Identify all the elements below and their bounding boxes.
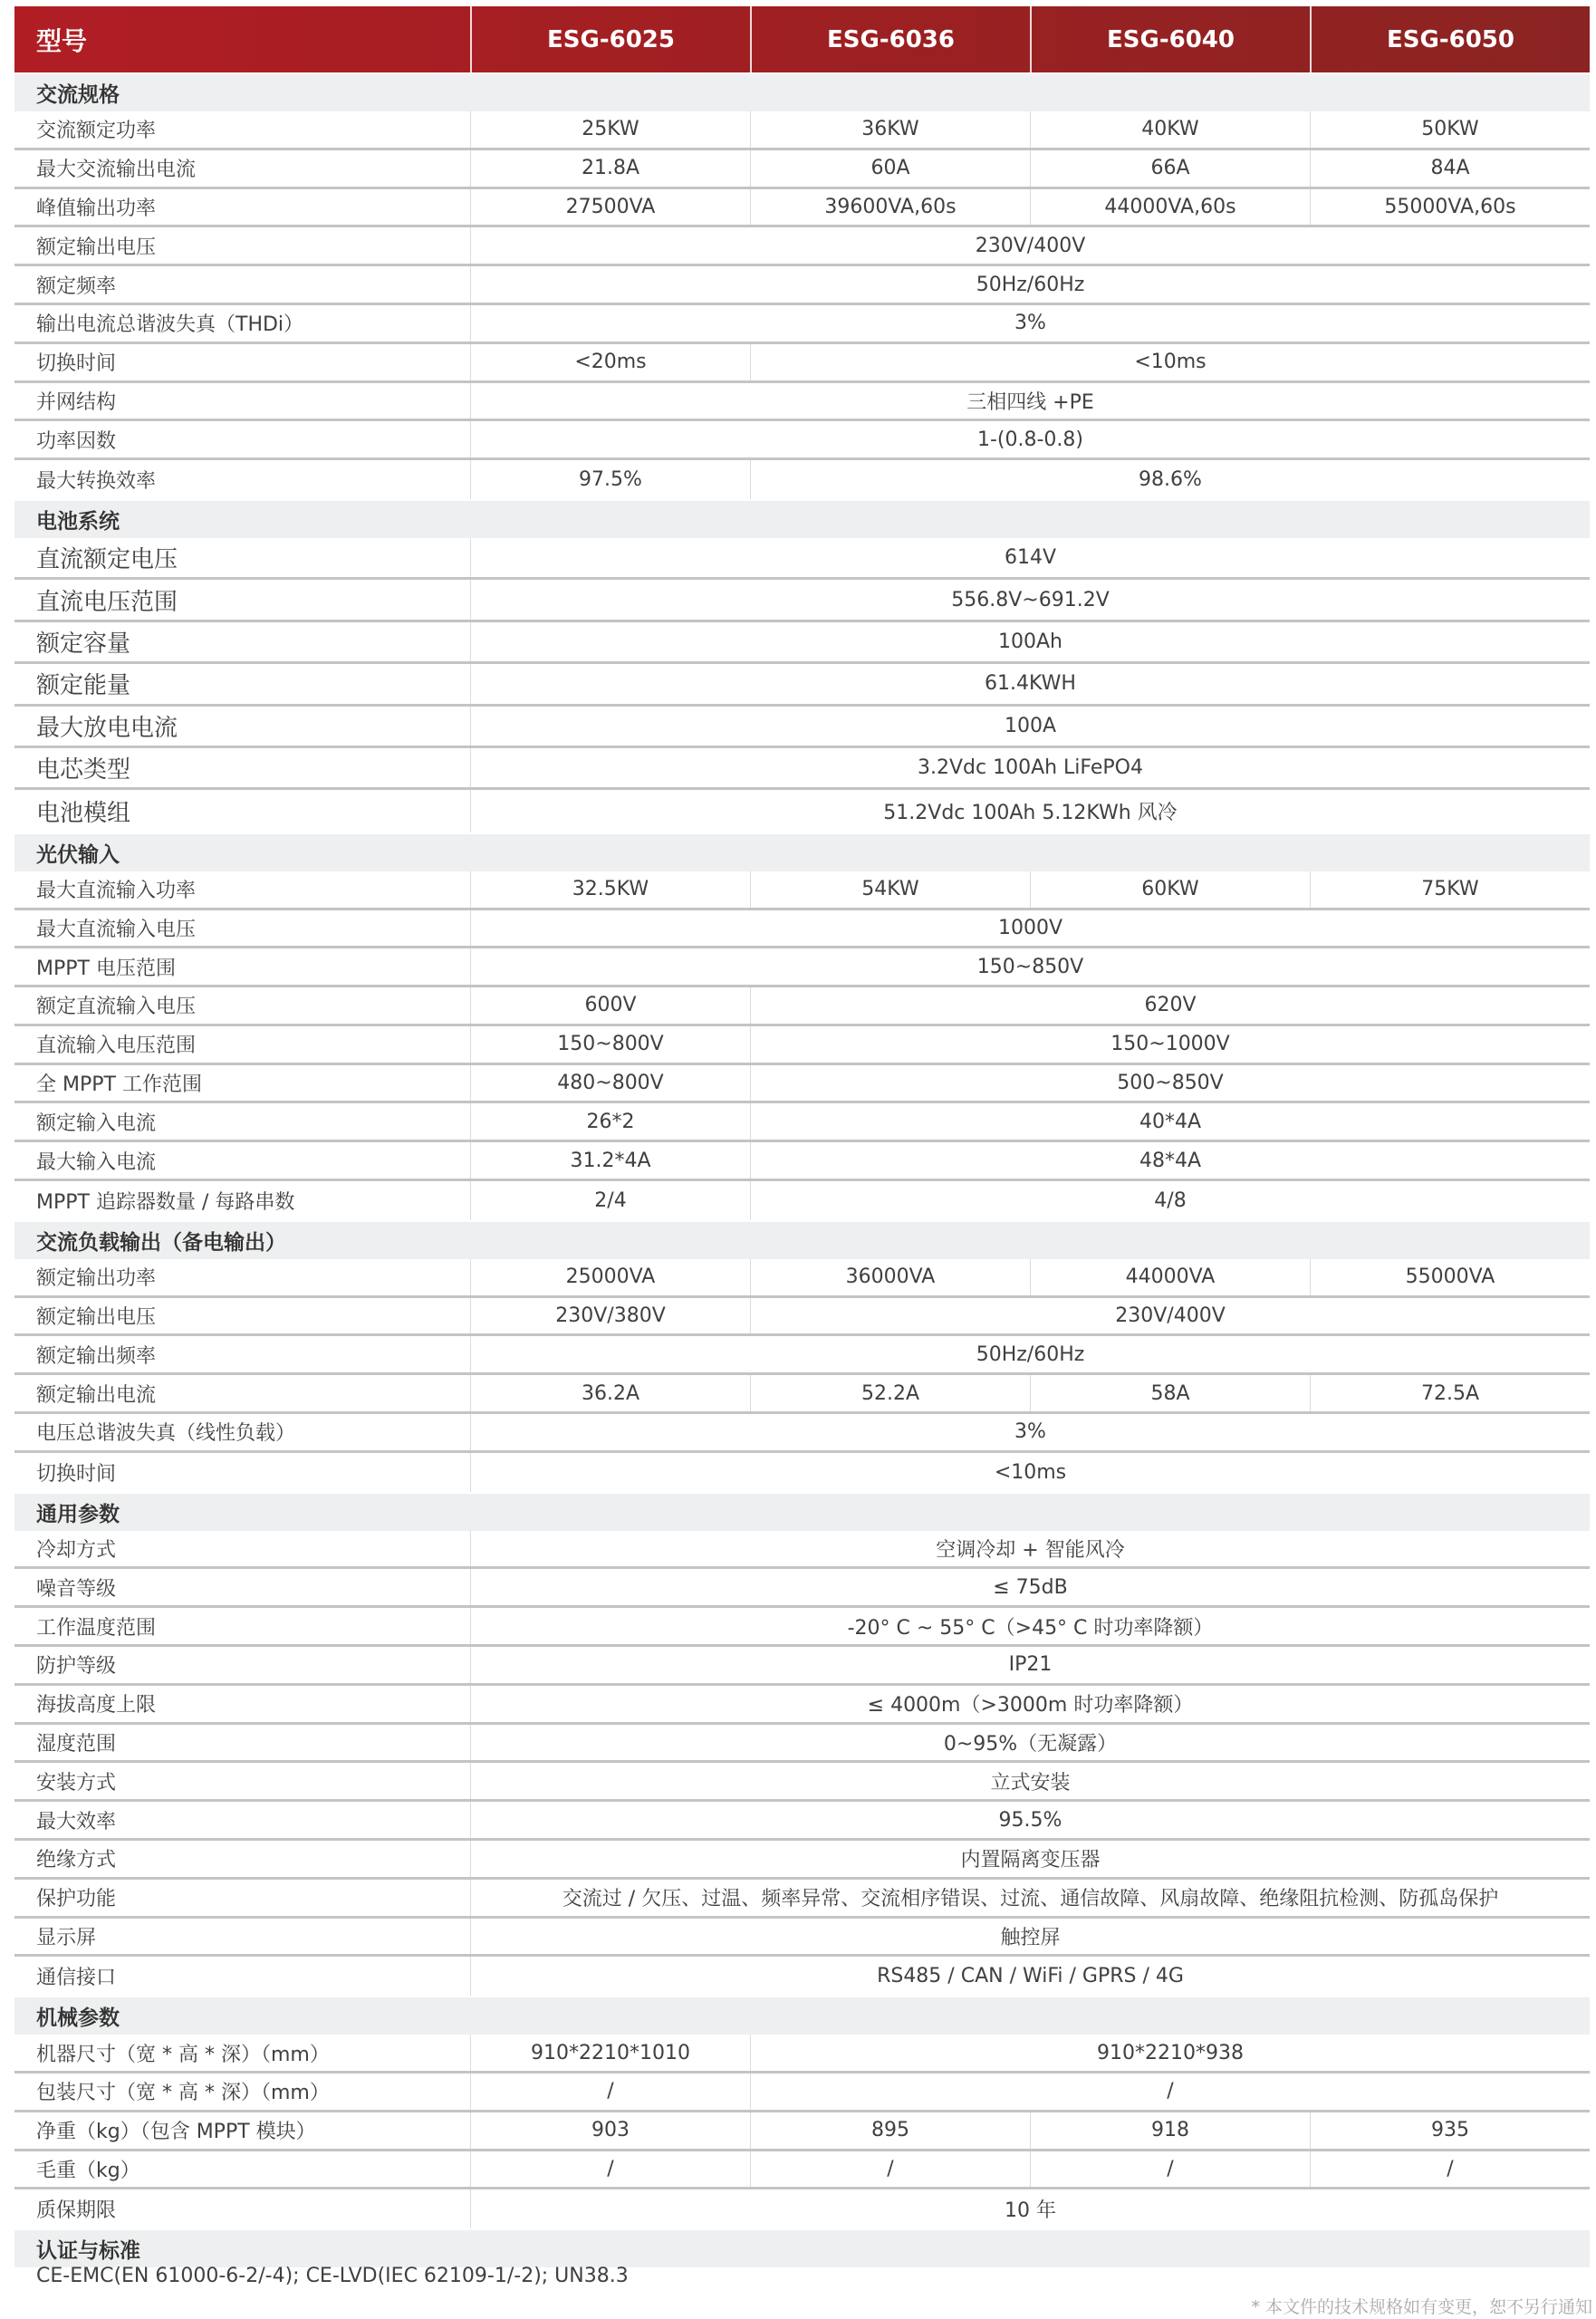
table-row: 最大放电电流 100A <box>14 707 1590 748</box>
row-label: 最大效率 <box>14 1802 470 1838</box>
row-label: 电压总谐波失真（线性负载） <box>14 1414 470 1450</box>
header-label: 型号 <box>14 6 470 72</box>
row-label: 包装尺寸（宽 * 高 * 深）（mm） <box>14 2074 470 2110</box>
cell: 100A <box>470 707 1590 746</box>
cell: 40*4A <box>750 1103 1590 1140</box>
table-row: 额定能量 61.4KWH <box>14 664 1590 706</box>
cell: / <box>1310 2151 1590 2188</box>
cell: 97.5% <box>470 460 750 499</box>
cell: 3.2Vdc 100Ah LiFePO4 <box>470 748 1590 787</box>
cell: 空调冷却 + 智能风冷 <box>470 1531 1590 1567</box>
cell: 3% <box>470 305 1590 342</box>
row-label: 最大放电电流 <box>14 707 470 746</box>
table-row: 全 MPPT 工作范围 480~800V 500~850V <box>14 1065 1590 1104</box>
table-row: 冷却方式 空调冷却 + 智能风冷 <box>14 1531 1590 1570</box>
table-row: 净重（kg）（包含 MPPT 模块） 903 895 918 935 <box>14 2112 1590 2151</box>
cell: 39600VA,60s <box>750 189 1030 226</box>
cell: 50KW <box>1310 111 1590 148</box>
table-row: 额定输出电压 230V/380V 230V/400V <box>14 1298 1590 1337</box>
table-row: 功率因数 1-(0.8-0.8) <box>14 421 1590 460</box>
row-label: 海拔高度上限 <box>14 1686 470 1722</box>
cell: 44000VA <box>1030 1259 1310 1295</box>
cell: 480~800V <box>470 1065 750 1102</box>
table-row: 电压总谐波失真（线性负载） 3% <box>14 1414 1590 1453</box>
cell: 36.2A <box>470 1375 750 1411</box>
table-row: 最大直流输入功率 32.5KW 54KW 60KW 75KW <box>14 871 1590 910</box>
cell: -20° C ~ 55° C（>45° C 时功率降额） <box>470 1608 1590 1644</box>
cell: / <box>750 2074 1590 2110</box>
row-label: 毛重（kg） <box>14 2151 470 2188</box>
certification-text: CE-EMC(EN 61000-6-2/-4); CE-LVD(IEC 6210… <box>36 2265 629 2287</box>
table-row: 安装方式 立式安装 <box>14 1763 1590 1802</box>
cell: 1-(0.8-0.8) <box>470 421 1590 457</box>
table-row: 额定输出频率 50Hz/60Hz <box>14 1336 1590 1375</box>
cell: 54KW <box>750 871 1030 908</box>
cell: 918 <box>1030 2112 1310 2149</box>
row-label: 防护等级 <box>14 1647 470 1683</box>
cell: 25KW <box>470 111 750 148</box>
cell: 1000V <box>470 910 1590 947</box>
cell: 26*2 <box>470 1103 750 1140</box>
header-model-esg-6025: ESG-6025 <box>470 6 750 72</box>
cell: 10 年 <box>470 2189 1590 2228</box>
table-row: 工作温度范围 -20° C ~ 55° C（>45° C 时功率降额） <box>14 1608 1590 1647</box>
footnote: * 本文件的技术规格如有变更，恕不另行通知 <box>1251 2294 1592 2318</box>
table-row: 包装尺寸（宽 * 高 * 深）（mm） / / <box>14 2074 1590 2112</box>
section-mechanical: 机械参数 <box>14 1997 1590 2035</box>
table-row: 并网结构 三相四线 +PE <box>14 383 1590 422</box>
section-general: 通用参数 <box>14 1494 1590 1531</box>
header-model-esg-6050: ESG-6050 <box>1310 6 1590 72</box>
row-label: 额定频率 <box>14 266 470 303</box>
row-label: 工作温度范围 <box>14 1608 470 1644</box>
row-label: 最大输入电流 <box>14 1142 470 1179</box>
cell: 903 <box>470 2112 750 2149</box>
table-row: 额定输出功率 25000VA 36000VA 44000VA 55000VA <box>14 1259 1590 1298</box>
cell: 36KW <box>750 111 1030 148</box>
table-row: 最大转换效率 97.5% 98.6% <box>14 460 1590 499</box>
cell: 150~800V <box>470 1026 750 1063</box>
header-model-esg-6036: ESG-6036 <box>750 6 1030 72</box>
row-label: 最大直流输入功率 <box>14 871 470 908</box>
row-label: 净重（kg）（包含 MPPT 模块） <box>14 2112 470 2149</box>
row-label: 额定能量 <box>14 664 470 703</box>
table-row: MPPT 电压范围 150~850V <box>14 948 1590 987</box>
table-row: 最大交流输出电流 21.8A 60A 66A 84A <box>14 150 1590 189</box>
cell: ≤ 4000m（>3000m 时功率降额） <box>470 1686 1590 1722</box>
cell: RS485 / CAN / WiFi / GPRS / 4G <box>470 1957 1590 1996</box>
cell: 48*4A <box>750 1142 1590 1179</box>
cell: <20ms <box>470 344 750 380</box>
row-label: 额定输出频率 <box>14 1336 470 1372</box>
cell: 84A <box>1310 150 1590 187</box>
table-row: 机器尺寸（宽 * 高 * 深）（mm） 910*2210*1010 910*22… <box>14 2035 1590 2074</box>
cell: 51.2Vdc 100Ah 5.12KWh 风冷 <box>470 790 1590 832</box>
table-row: MPPT 追踪器数量 / 每路串数 2/4 4/8 <box>14 1181 1590 1220</box>
table-row: 海拔高度上限 ≤ 4000m（>3000m 时功率降额） <box>14 1686 1590 1725</box>
table-row: 最大直流输入电压 1000V <box>14 910 1590 949</box>
table-row: 切换时间 <10ms <box>14 1453 1590 1492</box>
row-label: 峰值输出功率 <box>14 189 470 226</box>
cell: 36000VA <box>750 1259 1030 1295</box>
cell: 910*2210*1010 <box>470 2035 750 2071</box>
cell: 614V <box>470 538 1590 577</box>
row-label: 直流输入电压范围 <box>14 1026 470 1063</box>
cell: IP21 <box>470 1647 1590 1683</box>
row-label: 最大转换效率 <box>14 460 470 499</box>
cell: 31.2*4A <box>470 1142 750 1179</box>
section-battery: 电池系统 <box>14 501 1590 538</box>
row-label: 交流额定功率 <box>14 111 470 148</box>
cell: 55000VA <box>1310 1259 1590 1295</box>
cell: 600V <box>470 987 750 1024</box>
cell: 触控屏 <box>470 1919 1590 1955</box>
row-label: 额定输出功率 <box>14 1259 470 1295</box>
table-row: 电芯类型 3.2Vdc 100Ah LiFePO4 <box>14 748 1590 790</box>
table-row: 质保期限 10 年 <box>14 2189 1590 2228</box>
row-label: 额定直流输入电压 <box>14 987 470 1024</box>
cell: 935 <box>1310 2112 1590 2149</box>
cell: 40KW <box>1030 111 1310 148</box>
table-row: 交流额定功率 25KW 36KW 40KW 50KW <box>14 111 1590 150</box>
cell: / <box>750 2151 1030 2188</box>
section-ac-load: 交流负载输出（备电输出） <box>14 1222 1590 1259</box>
cell: 50Hz/60Hz <box>470 1336 1590 1372</box>
table-row: 最大输入电流 31.2*4A 48*4A <box>14 1142 1590 1181</box>
cell: 50Hz/60Hz <box>470 266 1590 303</box>
cell: / <box>470 2074 750 2110</box>
row-label: 湿度范围 <box>14 1725 470 1761</box>
table-row: 毛重（kg） / / / / <box>14 2151 1590 2190</box>
cell: 52.2A <box>750 1375 1030 1411</box>
cell: 61.4KWH <box>470 664 1590 703</box>
cell: 4/8 <box>750 1181 1590 1220</box>
row-label: 额定输出电压 <box>14 227 470 264</box>
cell: 230V/400V <box>470 227 1590 264</box>
cell: 150~1000V <box>750 1026 1590 1063</box>
row-label: 并网结构 <box>14 383 470 419</box>
section-certification: 认证与标准 <box>14 2230 1590 2267</box>
row-label: 直流电压范围 <box>14 580 470 619</box>
cell: 895 <box>750 2112 1030 2149</box>
cell: 27500VA <box>470 189 750 226</box>
cell: 66A <box>1030 150 1310 187</box>
cell: 58A <box>1030 1375 1310 1411</box>
cell: 500~850V <box>750 1065 1590 1102</box>
table-row: 防护等级 IP21 <box>14 1647 1590 1686</box>
row-label: 额定输出电压 <box>14 1298 470 1334</box>
table-row: 湿度范围 0~95%（无凝露） <box>14 1725 1590 1764</box>
cell: 230V/380V <box>470 1298 750 1334</box>
cell: 95.5% <box>470 1802 1590 1838</box>
row-label: 噪音等级 <box>14 1569 470 1605</box>
cell: 内置隔离变压器 <box>470 1841 1590 1877</box>
cell: / <box>470 2151 750 2188</box>
table-row: 额定输入电流 26*2 40*4A <box>14 1103 1590 1142</box>
table-row: 额定输出电压 230V/400V <box>14 227 1590 266</box>
table-row: 直流电压范围 556.8V~691.2V <box>14 580 1590 621</box>
cell: 交流过 / 欠压、过温、频率异常、交流相序错误、过流、通信故障、风扇故障、绝缘阻… <box>470 1880 1590 1916</box>
cell: 72.5A <box>1310 1375 1590 1411</box>
cell: 910*2210*938 <box>750 2035 1590 2071</box>
cell: 32.5KW <box>470 871 750 908</box>
table-row: 显示屏 触控屏 <box>14 1919 1590 1958</box>
cell: 556.8V~691.2V <box>470 580 1590 619</box>
row-label: 电芯类型 <box>14 748 470 787</box>
table-row: 峰值输出功率 27500VA 39600VA,60s 44000VA,60s 5… <box>14 189 1590 228</box>
table-row: 输出电流总谐波失真（THDi） 3% <box>14 305 1590 344</box>
row-label: 质保期限 <box>14 2189 470 2228</box>
cell: / <box>1030 2151 1310 2188</box>
cell: 75KW <box>1310 871 1590 908</box>
cell: 230V/400V <box>750 1298 1590 1334</box>
row-label: 切换时间 <box>14 1453 470 1492</box>
row-label: MPPT 电压范围 <box>14 948 470 985</box>
cell: 55000VA,60s <box>1310 189 1590 226</box>
row-label: 最大直流输入电压 <box>14 910 470 947</box>
cell: <10ms <box>470 1453 1590 1492</box>
cell: 21.8A <box>470 150 750 187</box>
cell: 2/4 <box>470 1181 750 1220</box>
table-row: 通信接口 RS485 / CAN / WiFi / GPRS / 4G <box>14 1957 1590 1996</box>
table-row: 保护功能 交流过 / 欠压、过温、频率异常、交流相序错误、过流、通信故障、风扇故… <box>14 1880 1590 1919</box>
cell: 三相四线 +PE <box>470 383 1590 419</box>
cell: 0~95%（无凝露） <box>470 1725 1590 1761</box>
row-label: 输出电流总谐波失真（THDi） <box>14 305 470 342</box>
table-header: 型号 ESG-6025 ESG-6036 ESG-6040 ESG-6050 <box>14 6 1590 72</box>
table-row: 额定频率 50Hz/60Hz <box>14 266 1590 305</box>
cell: 150~850V <box>470 948 1590 985</box>
table-row: 电池模组 51.2Vdc 100Ah 5.12KWh 风冷 <box>14 790 1590 832</box>
cell: 44000VA,60s <box>1030 189 1310 226</box>
row-label: 额定输出电流 <box>14 1375 470 1411</box>
row-label: 额定输入电流 <box>14 1103 470 1140</box>
row-label: 机器尺寸（宽 * 高 * 深）（mm） <box>14 2035 470 2071</box>
table-row: 额定直流输入电压 600V 620V <box>14 987 1590 1026</box>
table-row: 噪音等级 ≤ 75dB <box>14 1569 1590 1608</box>
table-row: 额定容量 100Ah <box>14 622 1590 664</box>
table-row: 额定输出电流 36.2A 52.2A 58A 72.5A <box>14 1375 1590 1414</box>
row-label: 额定容量 <box>14 622 470 661</box>
table-row: 直流输入电压范围 150~800V 150~1000V <box>14 1026 1590 1065</box>
table-row: 切换时间 <20ms <10ms <box>14 344 1590 383</box>
row-label: 显示屏 <box>14 1919 470 1955</box>
cell: <10ms <box>750 344 1590 380</box>
cell: 3% <box>470 1414 1590 1450</box>
cell: ≤ 75dB <box>470 1569 1590 1605</box>
row-label: MPPT 追踪器数量 / 每路串数 <box>14 1181 470 1220</box>
cell: 98.6% <box>750 460 1590 499</box>
row-label: 全 MPPT 工作范围 <box>14 1065 470 1102</box>
cell: 60A <box>750 150 1030 187</box>
cell: 立式安装 <box>470 1763 1590 1799</box>
row-label: 通信接口 <box>14 1957 470 1996</box>
row-label: 功率因数 <box>14 421 470 457</box>
spec-table: 型号 ESG-6025 ESG-6036 ESG-6040 ESG-6050 交… <box>14 6 1590 2267</box>
section-ac: 交流规格 <box>14 74 1590 111</box>
cell: 60KW <box>1030 871 1310 908</box>
table-row: 直流额定电压 614V <box>14 538 1590 580</box>
row-label: 绝缘方式 <box>14 1841 470 1877</box>
cell: 100Ah <box>470 622 1590 661</box>
section-pv: 光伏输入 <box>14 834 1590 871</box>
row-label: 最大交流输出电流 <box>14 150 470 187</box>
table-row: 绝缘方式 内置隔离变压器 <box>14 1841 1590 1880</box>
cell: 25000VA <box>470 1259 750 1295</box>
row-label: 冷却方式 <box>14 1531 470 1567</box>
row-label: 切换时间 <box>14 344 470 380</box>
table-row: 最大效率 95.5% <box>14 1802 1590 1841</box>
row-label: 安装方式 <box>14 1763 470 1799</box>
cell: 620V <box>750 987 1590 1024</box>
header-model-esg-6040: ESG-6040 <box>1030 6 1310 72</box>
row-label: 电池模组 <box>14 790 470 832</box>
row-label: 保护功能 <box>14 1880 470 1916</box>
row-label: 直流额定电压 <box>14 538 470 577</box>
